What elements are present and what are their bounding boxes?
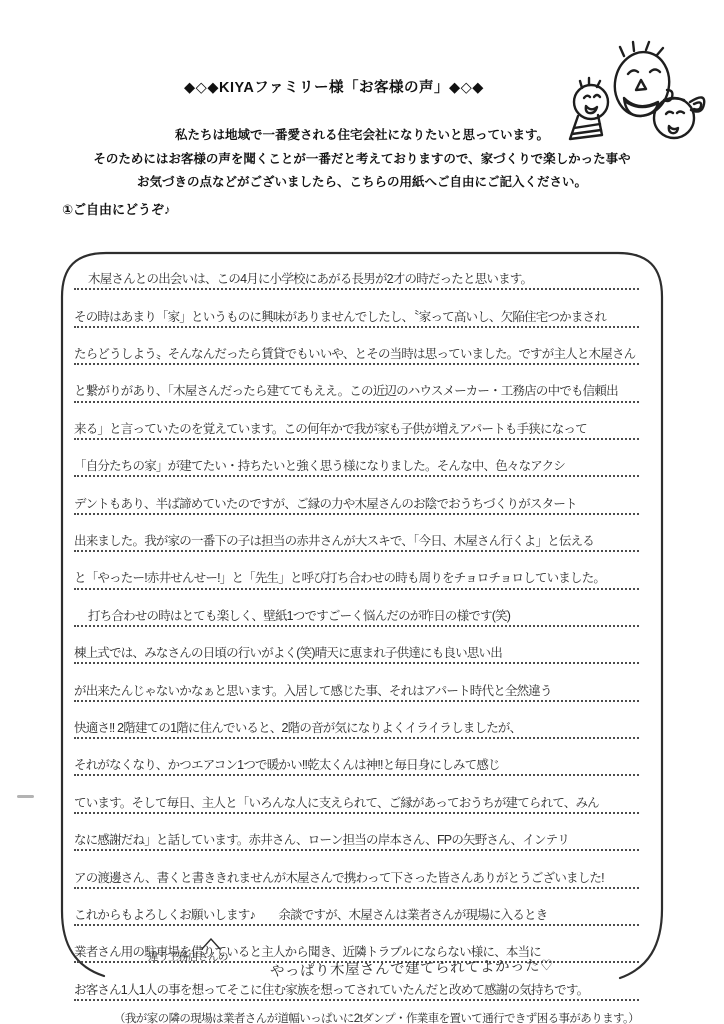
handwritten-line: それがなくなり、かつエアコン1つで暖かい!!乾太くんは神!!と毎日身にしみて感じ [74, 739, 639, 776]
handwritten-line: ています。そして毎日、主人と「いろんな人に支えられて、ご縁があっておうちが建てら… [74, 776, 639, 813]
handwritten-paren-note: （我が家の隣の現場は業者さんが道幅いっぱいに2tダンプ・作業車を置いて通行できず… [114, 1001, 639, 1024]
intro-line: お気づきの点などがございましたら、こちらの用紙へご自由にご記入ください。 [0, 171, 724, 195]
handwritten-line: が出来たんじゃないかなぁと思います。入居して感じた事、それはアパート時代と全然違… [74, 664, 639, 701]
handwritten-testimonial: 木屋さんとの出会いは、この4月に小学校にあがる長男が2才の時だったと思います。 … [74, 253, 639, 1024]
handwritten-line: アの渡邊さん、書くと書ききれませんが木屋さんで携わって下さった皆さんありがとうご… [74, 851, 639, 888]
handwritten-line: これからもよろしくお願いします♪ 余談ですが、木屋さんは業者さんが現場に入るとき [74, 889, 639, 926]
handwritten-line: たらどうしよう〟そんなんだったら賃貸でもいいや、とその当時は思っていました。です… [74, 328, 639, 365]
handwritten-line: その時はあまり「家」というものに興味がありませんでしたし、〝家って高いし、欠陥住… [74, 290, 639, 327]
caret-up-icon [200, 938, 222, 950]
customer-voice-sheet: ◆◇◆KIYAファミリー様「お客様の声」◆◇◆ [0, 0, 724, 1024]
intro-paragraph: 私たちは地域で一番愛される住宅会社になりたいと思っています。 そのためにはお客様… [0, 124, 724, 195]
intro-line: 私たちは地域で一番愛される住宅会社になりたいと思っています。 [0, 124, 724, 148]
handwritten-line: 「自分たちの家」が建てたい・持ちたいと強く思う様になりました。そんな中、色々なア… [74, 440, 639, 477]
scan-artifact-mark [17, 795, 34, 798]
free-comment-label: ①ご自由にどうぞ♪ [62, 199, 171, 218]
handwritten-line: 来る」と言っていたのを覚えています。この何年かで我が家も子供が増えアパートも手狭… [74, 403, 639, 440]
handwritten-line: 出来ました。我が家の一番下の子は担当の赤井さんが大スキで、「今日、木屋さん行くよ… [74, 515, 639, 552]
handwritten-line: 木屋さんとの出会いは、この4月に小学校にあがる長男が2才の時だったと思います。 [74, 253, 639, 290]
handwritten-line: 棟上式では、みなさんの日頃の行いがよく(笑)晴天に恵まれ子供達にも良い思い出 [74, 627, 639, 664]
handwritten-line: 快適さ!! 2階建ての1階に住んでいると、2階の音が気になりよくイライラしました… [74, 702, 639, 739]
handwritten-line: 打ち合わせの時はとても楽しく、壁紙1つですごーく悩んだのが昨日の様です(笑) [74, 590, 639, 627]
handwritten-line: デントもあり、半ば諦めていたのですが、ご縁の力や木屋さんのお陰でおうちづくりがス… [74, 477, 639, 514]
intro-line: そのためにはお客様の声を聞くことが一番だと考えておりますので、家づくりで楽しかっ… [0, 148, 724, 172]
handwritten-line: と「やったー!赤井せんせー!」と「先生」と呼び打ち合わせの時も周りをチョロチョロ… [74, 552, 639, 589]
annotation-wrap: 違う工務店さんの [148, 941, 228, 964]
handwritten-line: と繋がりがあり、「木屋さんだったら建ててもええ。この近辺のハウスメーカー・工務店… [74, 365, 639, 402]
handwritten-line: なに感謝だね」と話しています。赤井さん、ローン担当の岸本さん、FPの矢野さん、イ… [74, 814, 639, 851]
annotation-text: 違う工務店さんの [148, 949, 228, 964]
